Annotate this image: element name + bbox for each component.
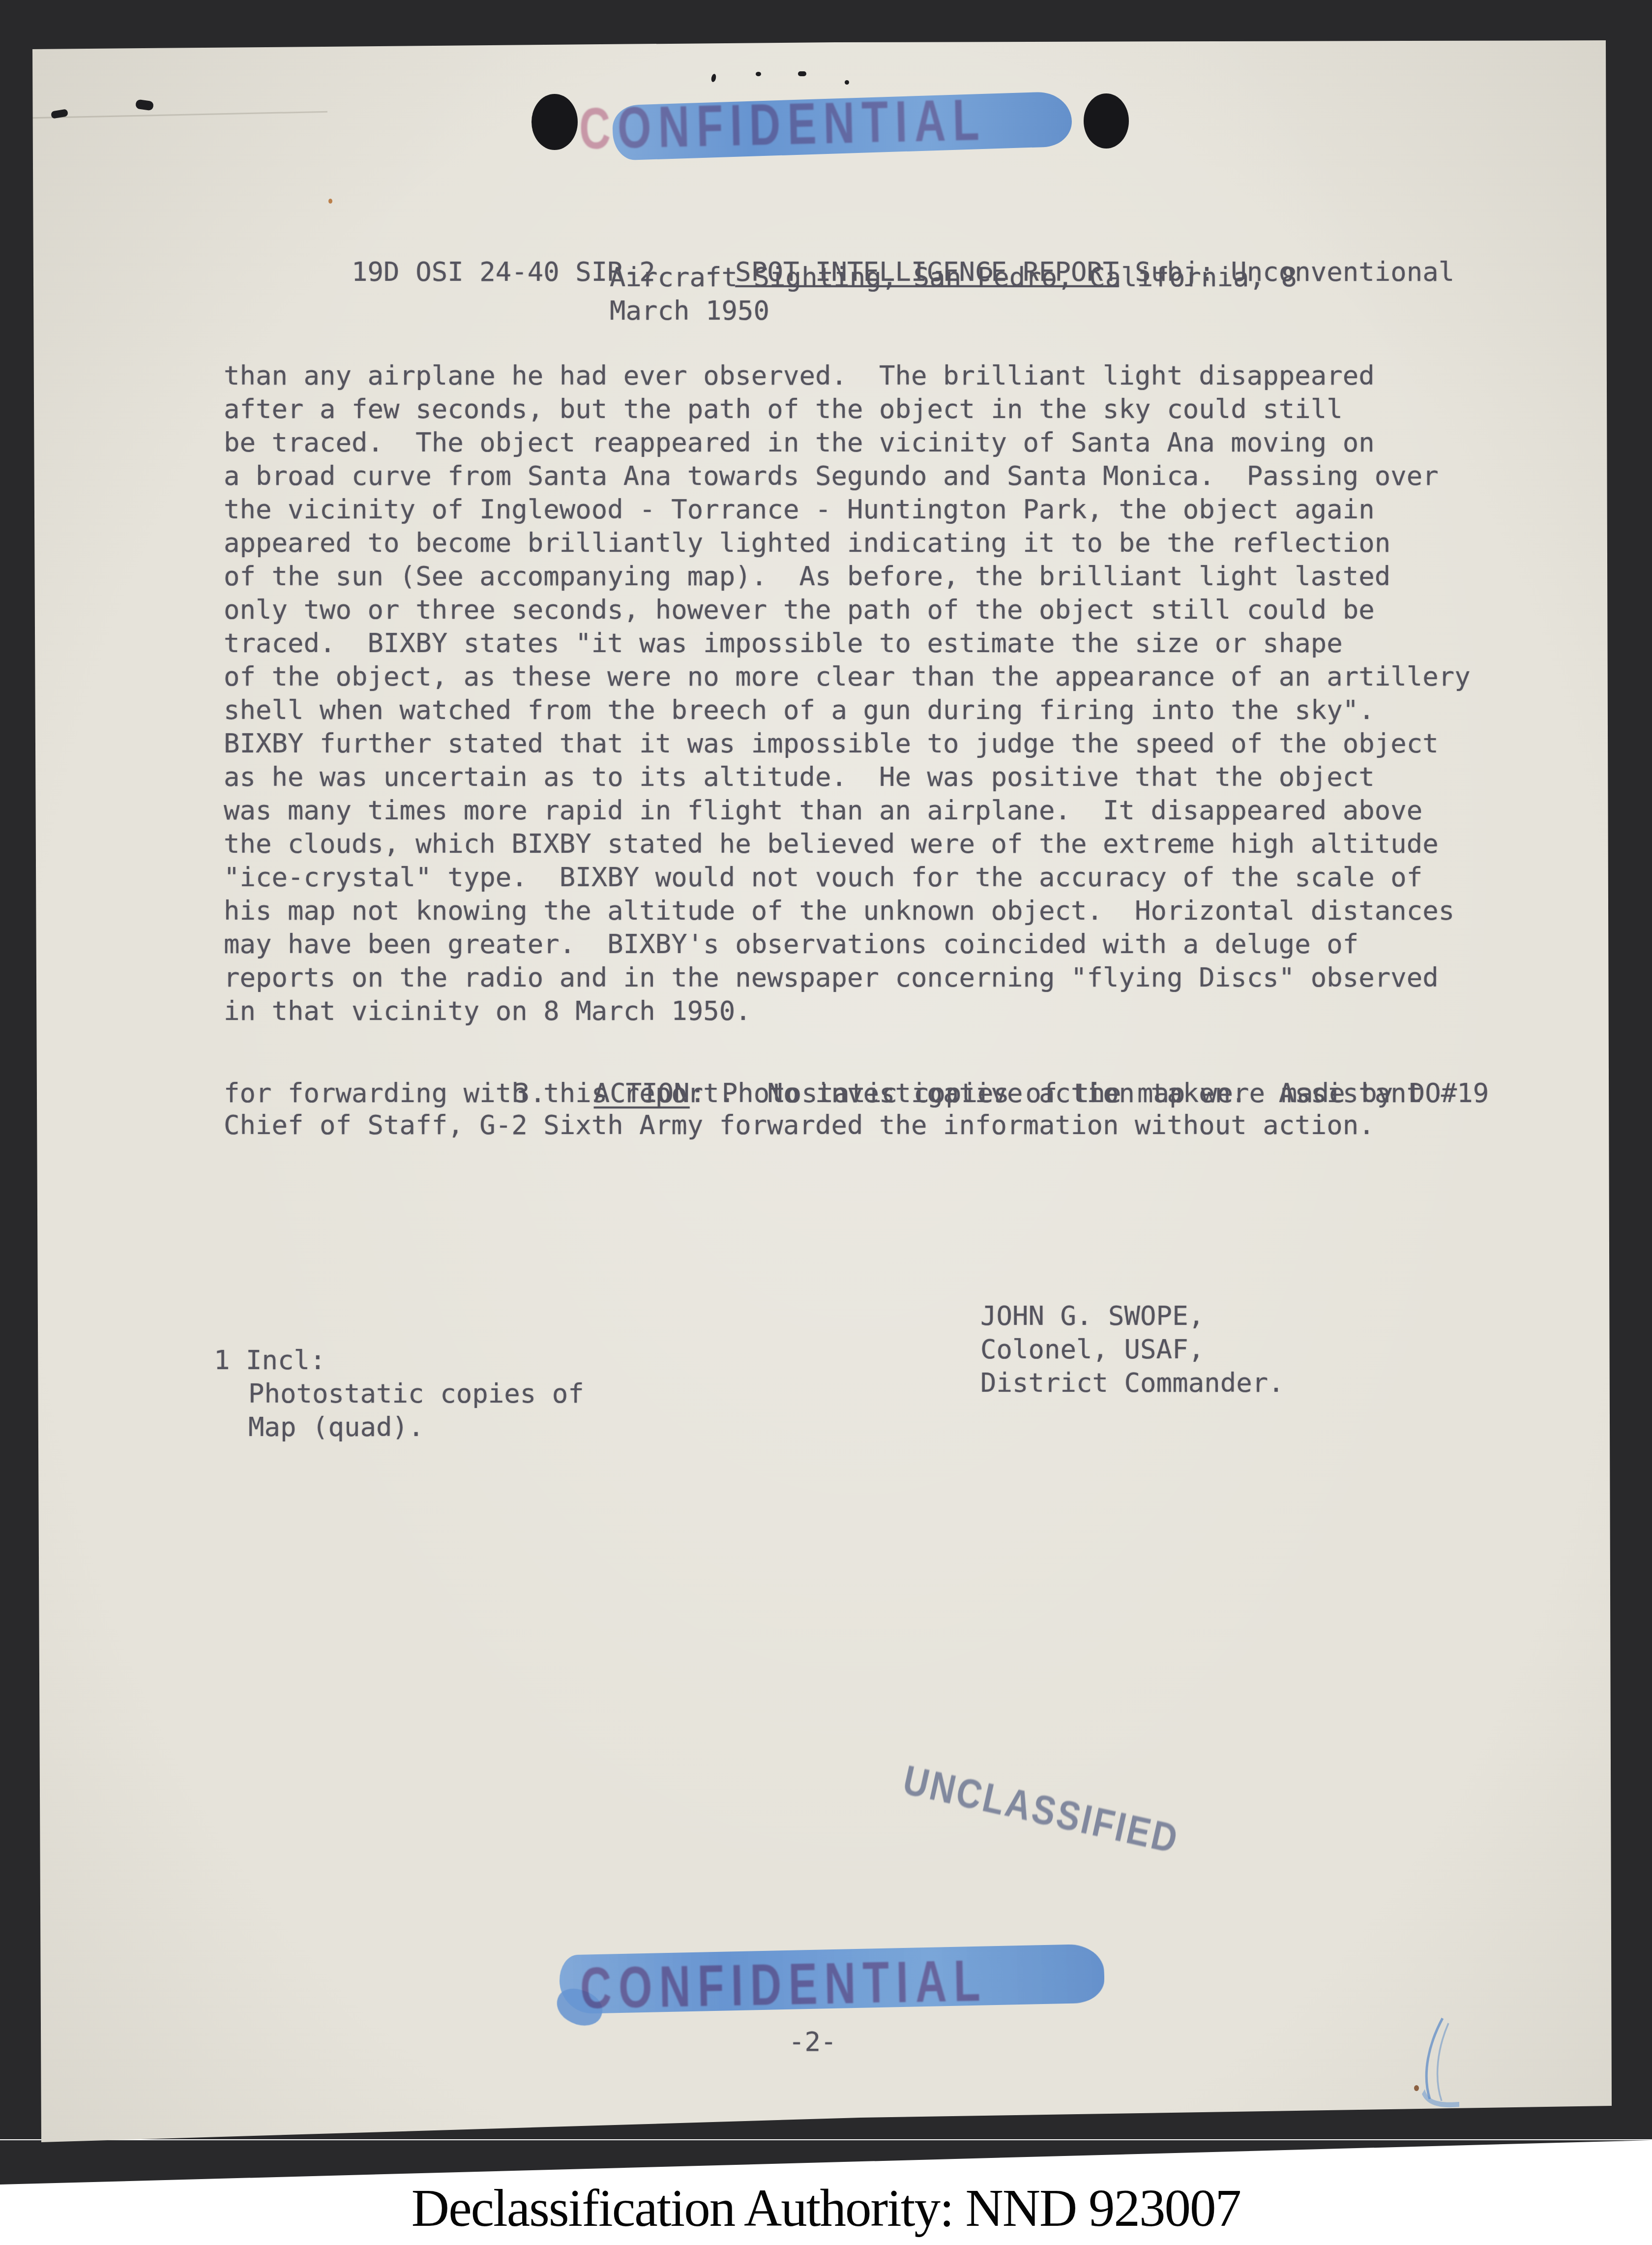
body-line: was many times more rapid in flight than… (224, 794, 1471, 827)
signature-name: JOHN G. SWOPE, (980, 1299, 1204, 1333)
scanned-document-page: Declassification Authority: NND 923007 C… (0, 0, 1652, 2245)
body-line: a broad curve from Santa Ana towards Seg… (224, 459, 1471, 493)
confidential-stamp-bottom: CONFIDENTIAL (580, 1952, 988, 2018)
enclosure-line-2: Photostatic copies of (248, 1377, 584, 1410)
body-line: be traced. The object reappeared in the … (224, 426, 1471, 459)
body-line: in that vicinity on 8 March 1950. (224, 994, 1471, 1028)
body-line: his map not knowing the altitude of the … (224, 894, 1471, 928)
body-line: shell when watched from the breech of a … (224, 693, 1471, 727)
body-line: the clouds, which BIXBY stated he believ… (224, 827, 1471, 861)
header-line-3: March 1950 (610, 294, 769, 328)
body-line: only two or three seconds, however the p… (224, 593, 1471, 627)
declassification-authority-text: Declassification Authority: NND 923007 (0, 2179, 1652, 2239)
body-line: BIXBY further stated that it was impossi… (224, 727, 1471, 760)
enclosure-label: 1 Incl: (214, 1344, 326, 1377)
body-line: reports on the radio and in the newspape… (224, 961, 1471, 994)
signature-rank: Colonel, USAF, (980, 1333, 1204, 1366)
body-line: than any airplane he had ever observed. … (224, 359, 1471, 392)
blue-pen-smudge (1412, 2015, 1469, 2111)
action-paragraph-line-2: for forwarding with this report. No inve… (224, 1077, 1422, 1110)
body-line: of the object, as these were no more cle… (224, 660, 1471, 693)
body-line: traced. BIXBY states "it was impossible … (224, 627, 1471, 660)
body-line: of the sun (See accompanying map). As be… (224, 560, 1471, 593)
header-line-2: Aircraft Sighting, San Pedro, California… (610, 261, 1297, 294)
body-line: after a few seconds, but the path of the… (224, 392, 1471, 426)
document-paper: CONFIDENTIAL CONFIDENTIAL UNCLASSIFIED 1… (0, 0, 1652, 2245)
typewritten-content: 19D OSI 24-40 SIR-2 - SPOT INTELLIGENCE … (0, 0, 1652, 2245)
confidential-stamp-top: CONFIDENTIAL (579, 91, 987, 159)
body-line: the vicinity of Inglewood - Torrance - H… (224, 493, 1471, 526)
body-line: appeared to become brilliantly lighted i… (224, 526, 1471, 560)
body-line: "ice-crystal" type. BIXBY would not vouc… (224, 861, 1471, 894)
page-number: -2- (789, 2025, 837, 2059)
body-line: may have been greater. BIXBY's observati… (224, 928, 1471, 961)
report-body: than any airplane he had ever observed. … (224, 359, 1471, 1028)
signature-title: District Commander. (980, 1366, 1284, 1400)
action-paragraph-line-3: Chief of Staff, G-2 Sixth Army forwarded… (224, 1108, 1375, 1142)
body-line: as he was uncertain as to its altitude. … (224, 760, 1471, 794)
enclosure-line-3: Map (quad). (248, 1410, 424, 1444)
